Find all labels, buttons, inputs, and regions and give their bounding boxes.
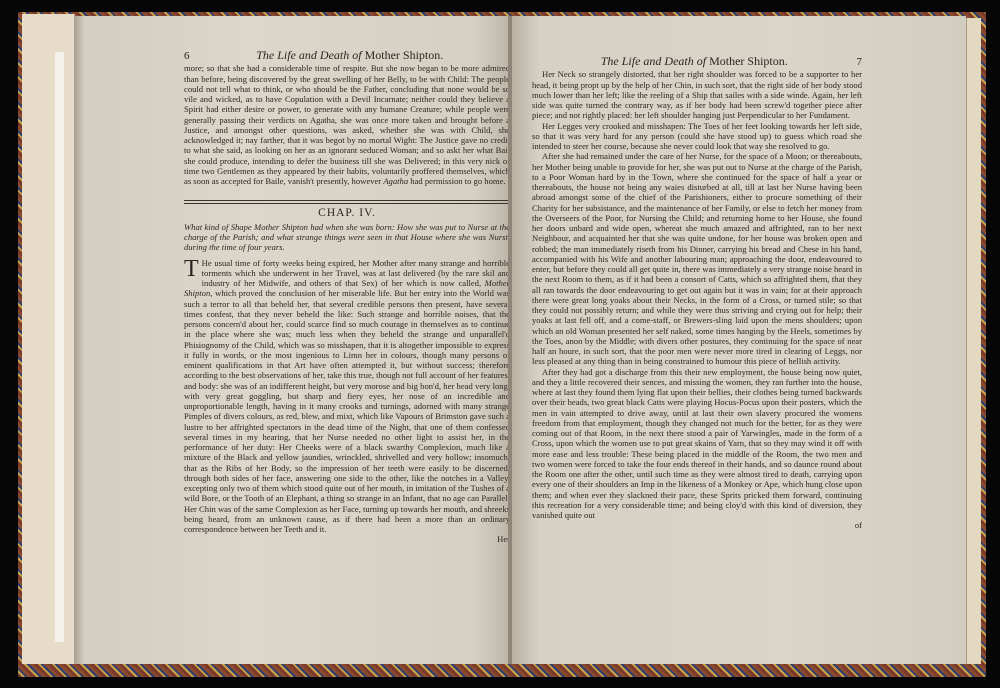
drop-cap: T: [184, 259, 199, 279]
running-title-italic: The Life and Death of: [256, 48, 361, 62]
paragraph-discharge: After they had got a discharge from this…: [532, 367, 862, 521]
running-title-name: Mother Shipton.: [365, 48, 444, 62]
running-title-name: Mother Shipton.: [709, 54, 788, 68]
catchword: Her: [184, 534, 510, 544]
body-rest: , which proved the conclusion of her mis…: [184, 288, 510, 534]
left-page-text: 6 The Life and Death of Mother Shipton. …: [184, 50, 510, 545]
paper-strip: [55, 52, 64, 642]
continuation-paragraph: more; so that she had a considerable tim…: [184, 63, 510, 186]
left-page: 6 The Life and Death of Mother Shipton. …: [74, 16, 510, 664]
paragraph-legs: Her Legges very crooked and misshapen: T…: [532, 121, 862, 152]
body-paragraph: THe usual time of forty weeks being expi…: [184, 258, 510, 535]
paragraph-nurse: After she had remained under the care of…: [532, 151, 862, 366]
page-number: 7: [857, 57, 863, 67]
section-rule: [184, 200, 510, 204]
catchword: of: [532, 520, 862, 530]
right-page-text: The Life and Death of Mother Shipton. 7 …: [532, 56, 862, 531]
right-page: The Life and Death of Mother Shipton. 7 …: [512, 16, 966, 664]
page-edges: [966, 18, 981, 664]
chapter-summary: What kind of Shape Mother Shipton had wh…: [184, 222, 510, 252]
continuation-end: had permission to go home.: [408, 176, 505, 186]
flyleaf: [22, 14, 75, 664]
left-page-fold: [74, 16, 84, 664]
running-header-left: 6 The Life and Death of Mother Shipton.: [184, 50, 510, 61]
chapter-heading: CHAP. IV.: [184, 208, 510, 218]
running-title-italic: The Life and Death of: [601, 54, 706, 68]
running-header-right: The Life and Death of Mother Shipton. 7: [532, 56, 862, 67]
body-start: He usual time of forty weeks being expir…: [202, 258, 510, 289]
running-title: The Life and Death of Mother Shipton.: [190, 50, 511, 60]
running-title: The Life and Death of Mother Shipton.: [532, 56, 857, 66]
continuation-text: more; so that she had a considerable tim…: [184, 63, 510, 186]
agatha-name: Agatha: [383, 176, 408, 186]
paragraph-neck: Her Neck so strangely distorted, that he…: [532, 69, 862, 120]
